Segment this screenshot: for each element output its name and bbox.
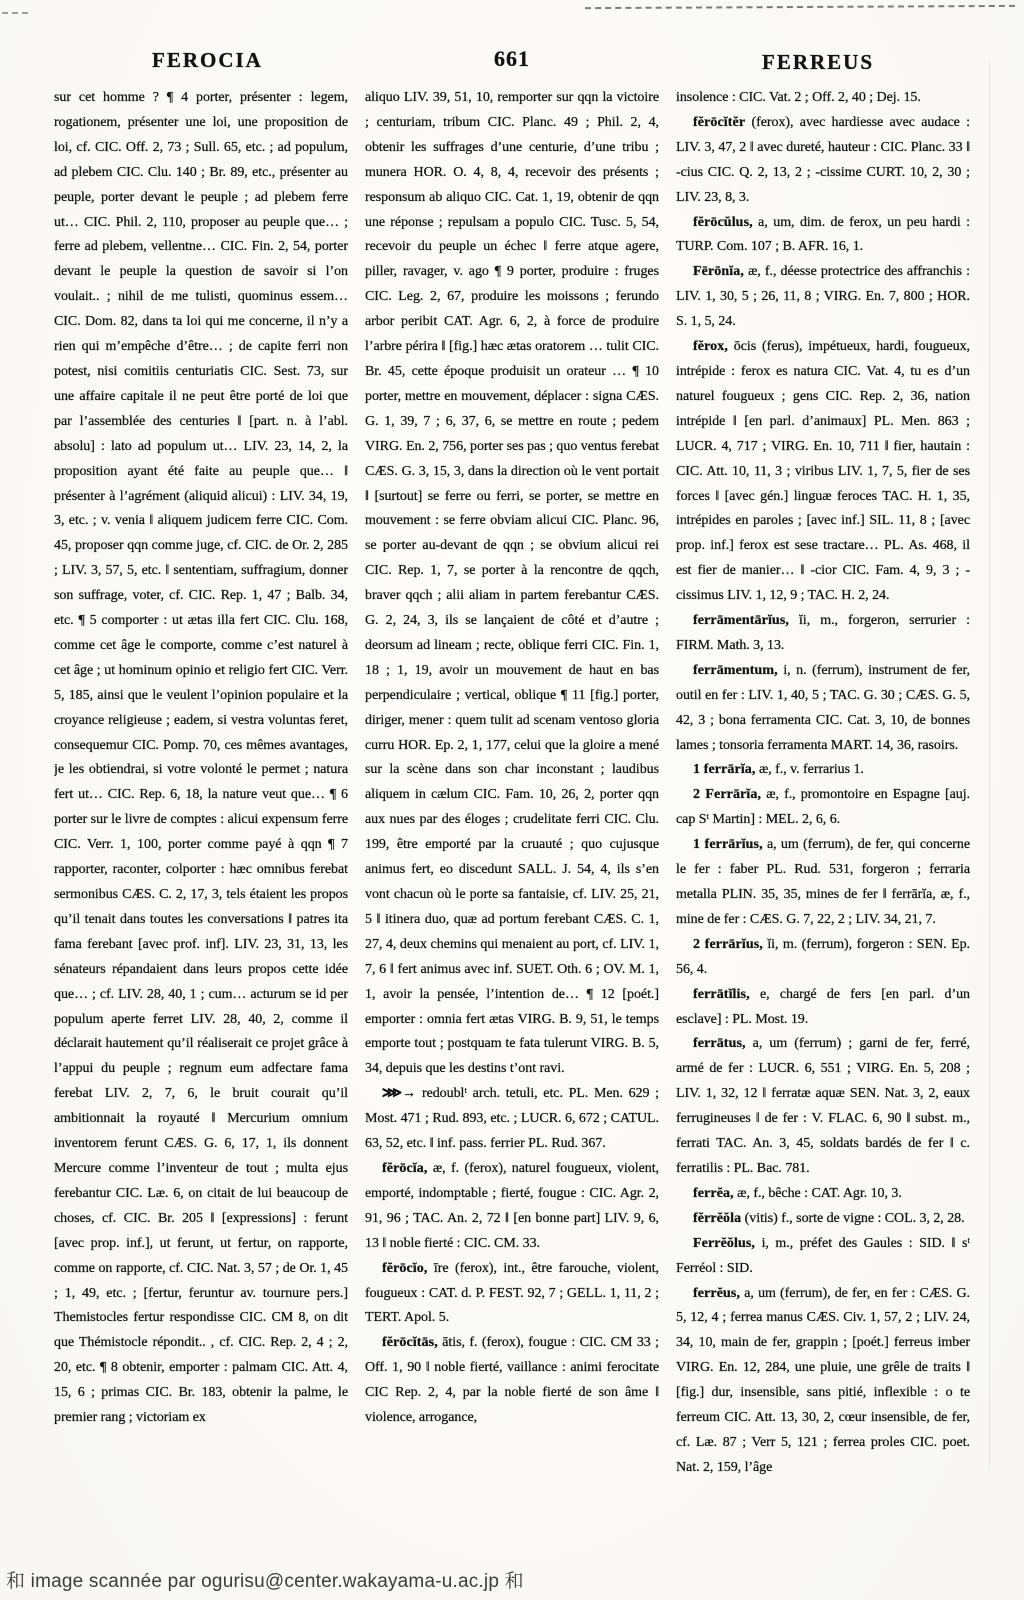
- headword: fĕrrĕŏla: [693, 1211, 741, 1226]
- entry-ferox: fĕrox, ōcis (ferus), impétueux, hardi, f…: [676, 335, 970, 609]
- scan-artifact-top-line: [585, 5, 1015, 9]
- text-columns: sur cet homme ? ¶ 4 porter, présenter : …: [54, 86, 972, 1540]
- headword: 2 Ferrārĭa,: [693, 787, 761, 802]
- entry-ferreola: fĕrrĕŏla (vitis) f., sorte de vigne : CO…: [676, 1207, 970, 1232]
- entry-ferocitas: fĕrōcĭtās, ātis, f. (ferox), fougue : CI…: [365, 1331, 659, 1431]
- headword: fĕrōcĭtĕr: [693, 115, 745, 130]
- entry-ferocio: fĕrōcĭo, īre (ferox), int., être farouch…: [365, 1257, 659, 1332]
- entry-ferocia: fĕrōcĭa, æ, f. (ferox), naturel fougueux…: [365, 1157, 659, 1257]
- headword: fĕrōcĭtās,: [382, 1335, 438, 1350]
- headword: ferrātĭlis,: [693, 987, 750, 1002]
- headword: fĕrōcŭlus,: [693, 215, 753, 230]
- column-1: sur cet homme ? ¶ 4 porter, présenter : …: [54, 86, 348, 1540]
- fero-entry-continuation: sur cet homme ? ¶ 4 porter, présenter : …: [54, 86, 348, 1431]
- entry-ferraria-2: 2 Ferrārĭa, æ, f., promontoire en Espagn…: [676, 783, 970, 833]
- headword: Fērōnĭa,: [693, 264, 744, 279]
- page-header: FEROCIA 661 FERREUS: [0, 46, 1024, 80]
- fero-entry-continuation-2: aliquo LIV. 39, 51, 10, remporter sur qq…: [365, 86, 659, 1082]
- entry-ferociter: fĕrōcĭtĕr (ferox), avec hardiesse avec a…: [676, 111, 970, 211]
- headword: fĕrōcĭo,: [382, 1261, 428, 1276]
- headword: 1 ferrārĭa,: [693, 762, 756, 777]
- headword: ferrāmentum,: [693, 663, 778, 678]
- headword: Ferrĕŏlus,: [693, 1236, 755, 1251]
- scan-credit-footer: 和 image scannée par ogurisu@center.wakay…: [6, 1566, 524, 1593]
- ferocitas-continuation: insolence : CIC. Vat. 2 ; Off. 2, 40 ; D…: [676, 86, 970, 111]
- column-2: aliquo LIV. 39, 51, 10, remporter sur qq…: [365, 86, 659, 1540]
- entry-ferrarius-2: 2 ferrārĭus, ĭi, m. (ferrum), forgeron :…: [676, 933, 970, 983]
- headword: ferrāmentārĭus,: [693, 613, 789, 628]
- entry-ferreus: ferrĕus, a, um (ferrum), de fer, en fer …: [676, 1282, 970, 1481]
- headword: 1 ferrārĭus,: [693, 837, 763, 852]
- entry-ferratus: ferrātus, a, um (ferrum) ; garni de fer,…: [676, 1032, 970, 1181]
- headword: ferrātus,: [693, 1036, 746, 1051]
- headword: fĕrōcĭa,: [382, 1161, 428, 1176]
- headword: ⋙→: [382, 1086, 422, 1101]
- fero-archaic-note: ⋙→ redoublᵗ arch. tetuli, etc. PL. Men. …: [365, 1082, 659, 1157]
- headword: fĕrox,: [693, 339, 728, 354]
- entry-ferramentum: ferrāmentum, i, n. (ferrum), instrument …: [676, 659, 970, 759]
- scan-artifact-top-left: [2, 12, 28, 14]
- entry-ferrarius-1: 1 ferrārĭus, a, um (ferrum), de fer, qui…: [676, 833, 970, 933]
- entry-ferratilis: ferrātĭlis, e, chargé de fers [en parl. …: [676, 983, 970, 1033]
- entry-ferramentarius: ferrāmentārĭus, ĭi, m., forgeron, serrur…: [676, 609, 970, 659]
- headword: ferrĕa,: [693, 1186, 734, 1201]
- entry-ferreolus: Ferrĕŏlus, i, m., préfet des Gaules : SI…: [676, 1232, 970, 1282]
- column-3: insolence : CIC. Vat. 2 ; Off. 2, 40 ; D…: [676, 86, 970, 1540]
- entry-feroculus: fĕrōcŭlus, a, um, dim. de ferox, un peu …: [676, 211, 970, 261]
- entry-ferraria-1: 1 ferrārĭa, æ, f., v. ferrarius 1.: [676, 758, 970, 783]
- scanned-dictionary-page: FEROCIA 661 FERREUS sur cet homme ? ¶ 4 …: [0, 0, 1024, 1600]
- entry-feronia: Fērōnĭa, æ, f., déesse protectrice des a…: [676, 260, 970, 335]
- running-head-right: FERREUS: [762, 50, 874, 75]
- scan-artifact-right-line: [989, 60, 990, 1470]
- headword: 2 ferrārĭus,: [693, 937, 763, 952]
- headword: ferrĕus,: [693, 1286, 740, 1301]
- entry-ferrea: ferrĕa, æ, f., bêche : CAT. Agr. 10, 3.: [676, 1182, 970, 1207]
